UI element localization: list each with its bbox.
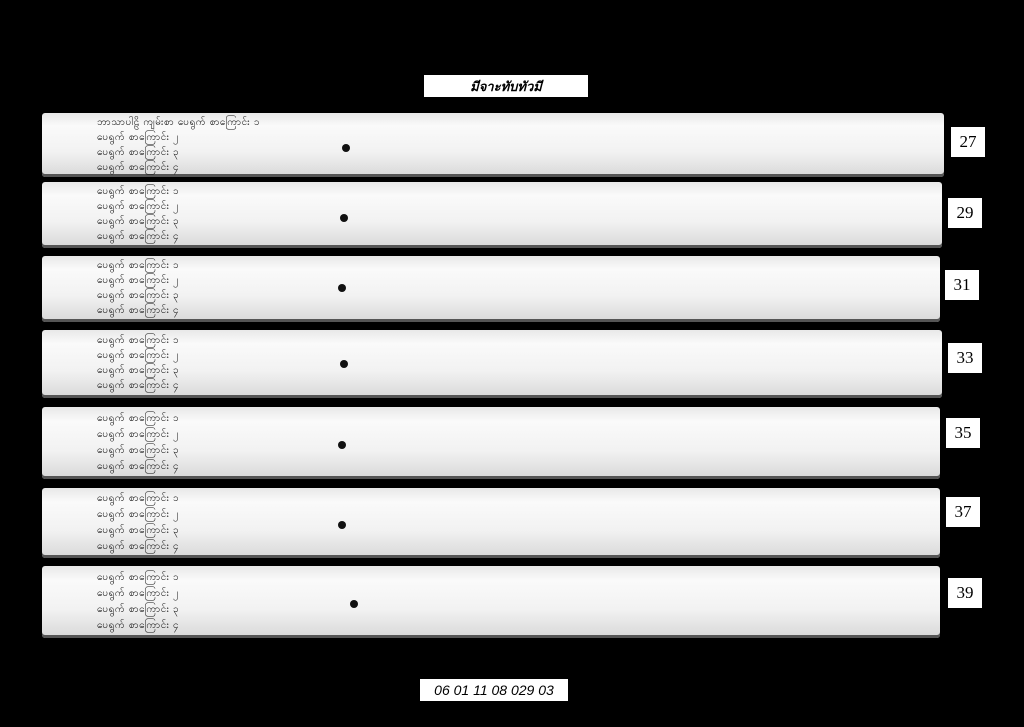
palm-leaf-29: ပေရွက် စာကြောင်း ၁ ပေရွက် စာကြောင်း ၂ ပေ…: [42, 182, 942, 248]
leaf-text-line: ပေရွက် စာကြောင်း ၄: [97, 229, 902, 244]
string-hole-icon: [338, 521, 346, 529]
string-hole-icon: [342, 144, 350, 152]
leaf-text-line: ပေရွက် စာကြောင်း ၂: [97, 199, 902, 214]
leaf-text-line: ပေရွက် စာကြောင်း ၃: [97, 363, 902, 378]
palm-leaf-27: ဘာသာပါဠိ ကျမ်းစာ ပေရွက် စာကြောင်း ၁ ပေရွ…: [42, 113, 944, 177]
leaf-number-31: 31: [945, 270, 979, 300]
leaf-text-line: ပေရွက် စာကြောင်း ၄: [97, 160, 904, 175]
palm-leaf-31: ပေရွက် စာကြောင်း ၁ ပေရွက် စာကြောင်း ၂ ပေ…: [42, 256, 940, 322]
leaf-text-line: ပေရွက် စာကြောင်း ၄: [97, 303, 900, 318]
leaf-number-27: 27: [951, 127, 985, 157]
leaf-number-33: 33: [948, 343, 982, 373]
leaf-text-line: ပေရွက် စာကြောင်း ၂: [97, 130, 904, 145]
leaf-text-line: ပေရွက် စာကြောင်း ၃: [97, 214, 902, 229]
leaf-number-39: 39: [948, 578, 982, 608]
leaf-text-line: ပေရွက် စာကြောင်း ၄: [97, 539, 900, 554]
leaf-text-line: ပေရွက် စာကြောင်း ၂: [97, 348, 902, 363]
palm-leaf-39: ပေရွက် စာကြောင်း ၁ ပေရွက် စာကြောင်း ၂ ပေ…: [42, 566, 940, 638]
leaf-text-line: ပေရွက် စာကြောင်း ၃: [97, 443, 900, 458]
leaf-text-line: ပေရွက် စာကြောင်း ၁: [97, 184, 902, 199]
leaf-text-line: ပေရွက် စာကြောင်း ၁: [97, 333, 902, 348]
leaf-text-line: ပေရွက် စာကြောင်း ၂: [97, 507, 900, 522]
palm-leaf-33: ပေရွက် စာကြောင်း ၁ ပေရွက် စာကြောင်း ၂ ပေ…: [42, 330, 942, 398]
leaf-number-29: 29: [948, 198, 982, 228]
string-hole-icon: [340, 214, 348, 222]
leaf-text-line: ပေရွက် စာကြောင်း ၄: [97, 378, 902, 393]
palm-leaf-35: ပေရွက် စာကြောင်း ၁ ပေရွက် စာကြောင်း ၂ ပေ…: [42, 407, 940, 479]
leaf-text-line: ပေရွက် စာကြောင်း ၄: [97, 618, 900, 633]
string-hole-icon: [350, 600, 358, 608]
palm-leaf-37: ပေရွက် စာကြောင်း ၁ ပေရွက် စာကြောင်း ၂ ပေ…: [42, 488, 940, 558]
leaf-text-line: ဘာသာပါဠိ ကျမ်းစာ ပေရွက် စာကြောင်း ၁: [97, 115, 904, 130]
manuscript-title-label: มีจาะทับทัวมี: [424, 75, 588, 97]
leaf-number-35: 35: [946, 418, 980, 448]
string-hole-icon: [338, 284, 346, 292]
leaf-text-line: ပေရွက် စာကြောင်း ၁: [97, 258, 900, 273]
leaf-text-line: ပေရွက် စာကြောင်း ၃: [97, 523, 900, 538]
string-hole-icon: [340, 360, 348, 368]
leaf-text-line: ပေရွက် စာကြောင်း ၁: [97, 570, 900, 585]
leaf-text-line: ပေရွက် စာကြောင်း ၄: [97, 459, 900, 474]
string-hole-icon: [338, 441, 346, 449]
leaf-text-line: ပေရွက် စာကြောင်း ၂: [97, 273, 900, 288]
leaf-text-line: ပေရွက် စာကြောင်း ၃: [97, 145, 904, 160]
leaf-text-line: ပေရွက် စာကြောင်း ၂: [97, 427, 900, 442]
leaf-text-line: ပေရွက် စာကြောင်း ၃: [97, 288, 900, 303]
leaf-number-37: 37: [946, 497, 980, 527]
archive-code-label: 06 01 11 08 029 03: [420, 679, 568, 701]
leaf-text-line: ပေရွက် စာကြောင်း ၁: [97, 491, 900, 506]
leaf-text-line: ပေရွက် စာကြောင်း ၁: [97, 411, 900, 426]
leaf-text-line: ပေရွက် စာကြောင်း ၂: [97, 586, 900, 601]
leaf-text-line: ပေရွက် စာကြောင်း ၃: [97, 602, 900, 617]
